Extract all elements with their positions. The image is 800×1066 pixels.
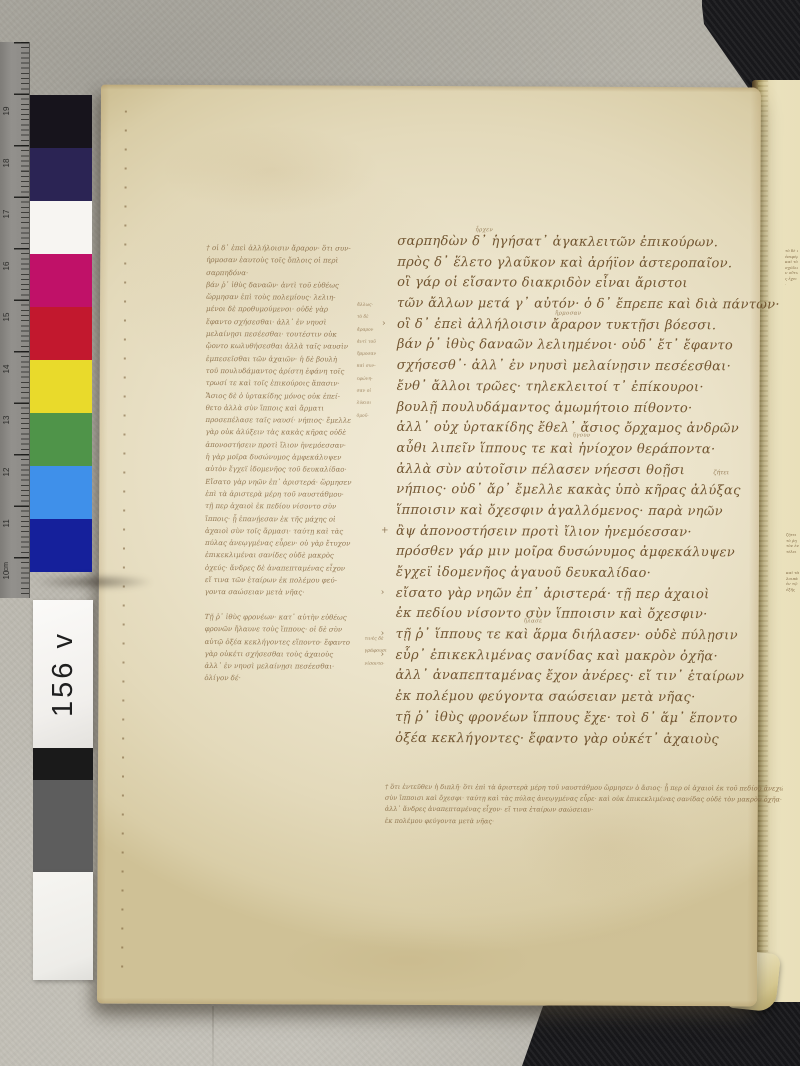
- scholion-line: αὐτὸν ἔγχεϊ ἰδομενῆος τοῦ δευκαλίδαο·: [205, 463, 381, 476]
- diple-mark: ›: [381, 587, 385, 597]
- ruler-number: 19: [2, 64, 11, 116]
- iliad-verse-line: οἳ γάρ οἱ εἴσαντο διακριδὸν εἶναι ἄριστο…: [397, 275, 753, 297]
- iliad-verse-line: βουλῇ πουλυδάμαντος ἀμωμήτοιο πίθοντο·: [397, 399, 753, 421]
- scholion-line: σαρπηδόνα·: [206, 267, 382, 280]
- scholion-line: Ἄσιος δὲ ὁ ὑρτακίδης μόνος οὐκ ἐπεί-: [206, 390, 382, 403]
- manuscript-photo-scene: τὸ δὲ σηἐπιφέρκαὶ τὸσχόλιον οὕτως ἔχει· …: [0, 0, 800, 1066]
- verse-text: τῇ ῥ᾽ ἰθὺς φρονέων ἵππους ἔχε· τοὶ δ᾽ ἅμ…: [395, 710, 737, 726]
- iliad-verse-line: πρὸς δ᾽ ἕλετο γλαῦκον καὶ ἀρήϊον ἀστεροπ…: [397, 255, 753, 277]
- scholion-line: αὐτῷ ὀξέα κεκλήγοντες εἵποντο· ἔφαντο: [205, 636, 381, 649]
- verse-text: αὖθι λιπεῖν ἵππους τε καὶ ἡνίοχον θεράπο…: [396, 441, 715, 457]
- facing-page-note-line: ·: [785, 282, 798, 288]
- scholion-line: βάν ῥ᾽ ἰθὺς δαναῶν· ἀντὶ τοῦ εὐθέως: [206, 279, 382, 292]
- parchment-stain: [160, 125, 380, 216]
- ruler-unit-label: cm: [3, 562, 10, 571]
- facing-page-note-line: καὶ τὸ: [785, 259, 798, 265]
- scholion-line: ἐπικεκλιμέναι σανίδες οὐδὲ μακρὸς: [205, 549, 381, 562]
- ruler-number: 12: [2, 425, 11, 477]
- facing-page-note-line: ς ἔχει: [785, 276, 798, 282]
- scholion-line: ἡ γὰρ μοῖρα δυσώνυμος ἀμφεκάλυψεν: [205, 451, 381, 464]
- verse-text: ἀλλ᾽ οὐχ ὑρτακίδης ἔθελ᾽ ἄσιος ὄρχαμος ἀ…: [396, 420, 738, 436]
- color-patch-green: [30, 413, 92, 466]
- scholion-line: ἐπὶ τὰ ἀριστερὰ μέρη τοῦ ναυστάθμου·: [205, 488, 381, 501]
- iliad-verse-line: ἐκ πεδίου νίσοντο σὺν ἵπποισιν καὶ ὄχεσφ…: [396, 606, 752, 628]
- diple-mark: ›: [381, 650, 385, 660]
- verse-text: οἳ γάρ οἱ εἴσαντο διακριδὸν εἶναι ἄριστο…: [397, 275, 688, 291]
- fabric-crease: [212, 1006, 214, 1066]
- ruler-number: 11: [2, 476, 11, 528]
- scholion-line: ᾤοντο κωλυθήσεσθαι ἀλλὰ ταῖς ναυσὶν: [206, 340, 382, 353]
- calibration-white-card: [33, 872, 93, 980]
- iliad-verse-line: ὀξέα κεκλήγοντες· ἔφαντο γὰρ οὐκέτ᾽ ἀχαι…: [395, 730, 751, 752]
- scholion-line: ἀλλ᾽ ἐν νηυσὶ μελαίνῃσι πεσέεσθαι·: [204, 660, 380, 673]
- verse-text: ἔνθ᾽ ἄλλοι τρῶες· τηλεκλειτοί τ᾽ ἐπίκουρ…: [397, 379, 704, 395]
- iliad-verse-line: πρόσθεν γάρ μιν μοῖρα δυσώνυμος ἀμφεκάλυ…: [396, 544, 752, 566]
- intermarginal-note-line: τὸ δὲ: [357, 314, 401, 326]
- color-patch-black: [33, 748, 93, 780]
- folio-label-text: 156 v: [47, 631, 80, 717]
- color-patch-gray: [33, 780, 93, 872]
- iliad-verse-line: σαρπηδὼν δ᾽ ἡγήσατ᾽ ἀγακλειτῶν ἐπικούρων…: [397, 234, 753, 256]
- verse-text: ἐκ πολέμου φεύγοντα σαώσειαν μετὰ νῆας·: [395, 689, 695, 705]
- verse-text: ὀξέα κεκλήγοντες· ἔφαντο γὰρ οὐκέτ᾽ ἀχαι…: [395, 730, 719, 746]
- manuscript-page-156v: † οἱ δ᾽ ἐπεὶ ἀλλήλοισιν ἄραρον· ὅτι συν-…: [97, 85, 761, 1007]
- iliad-verse-line: σχήσεσθ᾽· ἀλλ᾽ ἐν νηυσὶ μελαίνῃσιν πεσέε…: [397, 358, 753, 380]
- verse-text: ἐκ πεδίου νίσοντο σὺν ἵπποισιν καὶ ὄχεσφ…: [396, 606, 708, 622]
- scholion-line: πύλας ἀνεῳγμένας εὗρεν· οὐ γὰρ ἔτυχον: [205, 537, 381, 550]
- iliad-verse-line: › εὗρ᾽ ἐπικεκλιμένας σανίδας καὶ μακρὸν …: [395, 648, 751, 670]
- iliad-verse-line: › τῇ ῥ᾽ ἵππους τε καὶ ἅρμα διήλασεν· οὐδ…: [396, 627, 752, 649]
- verse-text: τῶν ἄλλων μετά γ᾽ αὐτόν· ὁ δ᾽ ἔπρεπε καὶ…: [397, 296, 780, 313]
- verse-text: ἀλλ᾽ ἀναπεπταμένας ἔχον ἀνέρες· εἴ τιν᾽ …: [395, 668, 744, 685]
- ruler-number: 16: [2, 219, 11, 271]
- scholion-line: γὰρ οὐκέτι σχήσεσθαι τοὺς ἀχαιοὺς: [204, 648, 380, 661]
- scholion-line: ὀχεύς· ἄνδρες δὲ ἀναπεπταμένας εἶχον: [205, 562, 381, 575]
- scholion-line: ἔφαντο σχήσεσθαι· ἀλλ᾽ ἐν νηυσὶ: [206, 316, 382, 329]
- intermarginal-note-line: ἄραρον: [357, 326, 401, 338]
- verse-text: εὗρ᾽ ἐπικεκλιμένας σανίδας καὶ μακρὸν ὀχ…: [395, 648, 717, 664]
- intermarginal-note-line: ἄλλως·: [357, 302, 401, 314]
- iliad-verse-line: αὖθι λιπεῖν ἵππους τε καὶ ἡνίοχον θεράπο…: [396, 441, 752, 463]
- verse-text: ἀλλὰ σὺν αὐτοῖσιν πέλασεν νήεσσι θοῇσι: [396, 461, 685, 477]
- intermarginal-note-line: λύκιοι: [357, 400, 401, 412]
- iliad-verse-line: › εἴσατο γὰρ νηῶν ἐπ᾽ ἀριστερά· τῇ περ ἀ…: [396, 586, 752, 608]
- facing-page-note-mid: ζήτειτὸ ῥητὸν ἐντέλει: [786, 532, 799, 554]
- scholion-line: θετο ἀλλὰ σὺν ἵπποις καὶ ἅρματι: [206, 402, 382, 415]
- intermarginal-note-line: ἀντὶ τοῦ: [357, 339, 401, 351]
- iliad-verse-line: ἀλλὰ σὺν αὐτοῖσιν πέλασεν νήεσσι θοῇσι: [396, 461, 752, 483]
- scholion-line: Εἴσατο γὰρ νηῶν ἐπ᾽ ἀριστερά· ὥρμησεν: [205, 476, 381, 489]
- calibration-bar-lower: [33, 748, 93, 872]
- scholion-line: γοντα σαώσειαν μετὰ νῆας·: [205, 586, 381, 599]
- scholion-line: τοῦ πουλυδάμαντος ἀρίστη ἐφάνη τοῖς: [206, 365, 382, 378]
- left-scholia-block: † οἱ δ᾽ ἐπεὶ ἀλλήλοισιν ἄραρον· ὅτι συν-…: [204, 242, 382, 685]
- facing-page-note-line: ἑξῆς: [786, 587, 799, 593]
- diple-mark: ›: [381, 629, 385, 639]
- scholion-line: μελαίνῃσι πεσέεσθαι· τουτέστιν οὐκ: [206, 328, 382, 341]
- verse-text: εἴσατο γὰρ νηῶν ἐπ᾽ ἀριστερά· τῇ περ ἀχα…: [396, 586, 710, 602]
- ruler-numbers: 19181716151413121110: [2, 64, 16, 579]
- bottom-scholion-line: ἐκ πολέμου φεύγοντα μετὰ νῆας·: [385, 815, 783, 828]
- iliad-verse-line: τῶν ἄλλων μετά γ᾽ αὐτόν· ὁ δ᾽ ἔπρεπε καὶ…: [397, 296, 753, 318]
- verse-text: ἵπποισιν καὶ ὄχεσφιν ἀγαλλόμενος· παρὰ ν…: [396, 503, 723, 519]
- color-patch-black: [30, 95, 92, 148]
- main-text-column: ἦρχεν ἥρμοσαν ἤγουν ἤλασε σαρπηδὼν δ᾽ ἡγ…: [395, 234, 753, 753]
- iliad-verse-line: › οἳ δ᾽ ἐπεὶ ἀλλήλοισιν ἄραρον τυκτῇσι β…: [397, 317, 753, 339]
- scholion-line: ἵπποις· ᾗ ἐπανῄεσαν ἐκ τῆς μάχης οἱ: [205, 513, 381, 526]
- bottom-scholion-block: † ὅτι ἐντεῦθεν ἡ διπλῆ· ὅτι ἐπὶ τὰ ἀριστ…: [385, 782, 783, 829]
- scholion-line: ἐμπεσεῖσθαι τῶν ἀχαιῶν· ἡ δὲ βουλὴ: [206, 353, 382, 366]
- ruler-major-ticks: [14, 42, 29, 598]
- iliad-verse-line: ἀλλ᾽ ἀναπεπταμένας ἔχον ἀνέρες· εἴ τιν᾽ …: [395, 668, 751, 690]
- facing-page-note-line: τὸν ἐν: [786, 543, 799, 549]
- intermarginal-note-upper: ἄλλως·τὸ δὲἄραρονἀντὶ τοῦἥρμοσανκαὶ συν-…: [357, 302, 402, 425]
- interlinear-gloss: ἦρχεν: [475, 227, 493, 233]
- facing-page-note-lower: καὶ τὰλοιπὰἐν τῷἑξῆς: [786, 570, 799, 592]
- intermarginal-note-line: ὁμοῦ·: [357, 412, 401, 424]
- intermarginal-note-line: ἥρμοσαν: [357, 351, 401, 363]
- scholion-line: ἀπονοστήσειν προτὶ ἴλιον ἠνεμόεσσαν·: [205, 439, 381, 452]
- iliad-verse-line: ἀλλ᾽ οὐχ ὑρτακίδης ἔθελ᾽ ἄσιος ὄρχαμος ἀ…: [396, 420, 752, 442]
- scholion-line: † οἱ δ᾽ ἐπεὶ ἀλλήλοισιν ἄραρον· ὅτι συν-: [206, 242, 382, 255]
- iliad-verse-line: νήπιος· οὐδ᾽ ἄρ᾽ ἔμελλε κακὰς ὑπὸ κῆρας …: [396, 482, 752, 504]
- facing-page-note-upper: τὸ δὲ σηἐπιφέρκαὶ τὸσχόλιον οὕτως ἔχει·: [785, 248, 798, 287]
- color-calibration-bar: [30, 95, 92, 572]
- scholion-line: ἀχαιοὶ σὺν τοῖς ἅρμασι· ταύτῃ καὶ τὰς: [205, 525, 381, 538]
- intermarginal-note-line: καὶ συν-: [357, 363, 401, 375]
- scholion-line: προσεπέλασε ταῖς ναυσί· νήπιος· ἔμελλε: [206, 414, 382, 427]
- verse-text: οἳ δ᾽ ἐπεὶ ἀλλήλοισιν ἄραρον τυκτῇσι βόε…: [397, 317, 716, 333]
- ruler-number: 14: [2, 322, 11, 374]
- iliad-verse-line: ἔγχεϊ ἰδομενῆος ἀγαυοῦ δευκαλίδαο·: [396, 565, 752, 587]
- color-patch-yellow: [30, 360, 92, 413]
- scholion-line: [205, 599, 381, 612]
- color-patch-red: [30, 307, 92, 360]
- ruler-number: 18: [2, 116, 11, 168]
- right-margin-note: ζήτει: [713, 469, 729, 476]
- verse-text: σαρπηδὼν δ᾽ ἡγήσατ᾽ ἀγακλειτῶν ἐπικούρων…: [397, 234, 718, 250]
- color-patch-white: [30, 201, 92, 254]
- strip-shadow-smudge: [34, 574, 154, 590]
- ruler-number: 15: [2, 270, 11, 322]
- verse-text: πρόσθεν γάρ μιν μοῖρα δυσώνυμος ἀμφεκάλυ…: [396, 544, 735, 560]
- iliad-verse-line: ἐκ πολέμου φεύγοντα σαώσειαν μετὰ νῆας·: [395, 689, 751, 711]
- verse-text: βάν ῥ᾽ ἰθὺς δαναῶν λελιημένοι· οὐδ᾽ ἔτ᾽ …: [397, 337, 733, 353]
- facing-page-note-line: ἐν τῷ: [786, 581, 799, 587]
- scholion-line: γὰρ οὐκ ἀλύξειν τὰς κακὰς κῆρας οὐδὲ: [205, 426, 381, 439]
- folio-label: 156 v: [33, 600, 93, 748]
- ruler-number: 13: [2, 373, 11, 425]
- scholion-line: τῇ περ ἀχαιοὶ ἐκ πεδίου νίσοντο σὺν: [205, 500, 381, 513]
- color-patch-blue: [30, 519, 92, 572]
- scholion-line: φρονῶν ἤλαυνε τοὺς ἵππους· οἱ δὲ σὺν: [205, 623, 381, 636]
- diple-mark: ›: [382, 319, 386, 329]
- diple-mark: +: [381, 525, 389, 535]
- iliad-verse-line: βάν ῥ᾽ ἰθὺς δαναῶν λελιημένοι· οὐδ᾽ ἔτ᾽ …: [397, 337, 753, 359]
- verse-text: νήπιος· οὐδ᾽ ἄρ᾽ ἔμελλε κακὰς ὑπὸ κῆρας …: [396, 482, 741, 499]
- scholion-line: Τῇ ῥ᾽ ἰθὺς φρονέων· κατ᾽ αὐτὴν εὐθέως: [205, 611, 381, 624]
- facing-page-note-line: καὶ τὰ: [786, 570, 799, 576]
- iliad-lines: σαρπηδὼν δ᾽ ἡγήσατ᾽ ἀγακλειτῶν ἐπικούρων…: [395, 234, 753, 753]
- color-patch-azure: [30, 466, 92, 519]
- parchment-stain: [277, 925, 537, 996]
- iliad-verse-line: τῇ ῥ᾽ ἰθὺς φρονέων ἵππους ἔχε· τοὶ δ᾽ ἅμ…: [395, 710, 751, 732]
- scholion-line: μένοι δὲ προθυμούμενοι· οὐδὲ γὰρ: [206, 304, 382, 317]
- color-patch-magenta: [30, 254, 92, 307]
- scholion-line: ήρμοσαν ἑαυτοὺς τοῖς ὅπλοις οἱ περὶ: [206, 254, 382, 267]
- verse-text: πρὸς δ᾽ ἕλετο γλαῦκον καὶ ἀρήϊον ἀστεροπ…: [397, 255, 732, 271]
- scholion-line: ὀλίγον δέ·: [204, 672, 380, 685]
- verse-text: βουλῇ πουλυδάμαντος ἀμωμήτοιο πίθοντο·: [397, 399, 693, 415]
- intermarginal-note-line: εφώνη-: [357, 375, 401, 387]
- color-patch-indigo: [30, 148, 92, 201]
- facing-page-note-line: τὸ δὲ ση: [785, 248, 798, 254]
- intermarginal-note-line: σαν οἱ: [357, 388, 401, 400]
- verse-text: τῇ ῥ᾽ ἵππους τε καὶ ἅρμα διήλασεν· οὐδὲ …: [396, 627, 738, 643]
- verse-text: ἂψ ἀπονοστήσειν προτὶ ἴλιον ἠνεμόεσσαν·: [396, 523, 692, 539]
- iliad-verse-line: + ἂψ ἀπονοστήσειν προτὶ ἴλιον ἠνεμόεσσαν…: [396, 523, 752, 545]
- scholion-line: τρωσί τε καὶ τοῖς ἐπικούροις ἅπασιν·: [206, 377, 382, 390]
- iliad-verse-line: ἵπποισιν καὶ ὄχεσφιν ἀγαλλόμενος· παρὰ ν…: [396, 503, 752, 525]
- ruler-number: 17: [2, 167, 11, 219]
- scholion-line: εἴ τινα τῶν ἑταίρων ἐκ πολέμου φεύ-: [205, 574, 381, 587]
- verse-text: σχήσεσθ᾽· ἀλλ᾽ ἐν νηυσὶ μελαίνῃσιν πεσέε…: [397, 358, 731, 374]
- facing-page-note-line: τέλει: [786, 549, 799, 555]
- measuring-ruler: 19181716151413121110 cm: [0, 42, 30, 598]
- pricking-holes: [121, 111, 127, 983]
- verse-text: ἔγχεϊ ἰδομενῆος ἀγαυοῦ δευκαλίδαο·: [396, 565, 651, 581]
- scholion-line: ὥρμησαν ἐπὶ τοὺς πολεμίους· λελιη-: [206, 291, 382, 304]
- iliad-verse-line: ἔνθ᾽ ἄλλοι τρῶες· τηλεκλειτοί τ᾽ ἐπίκουρ…: [397, 379, 753, 401]
